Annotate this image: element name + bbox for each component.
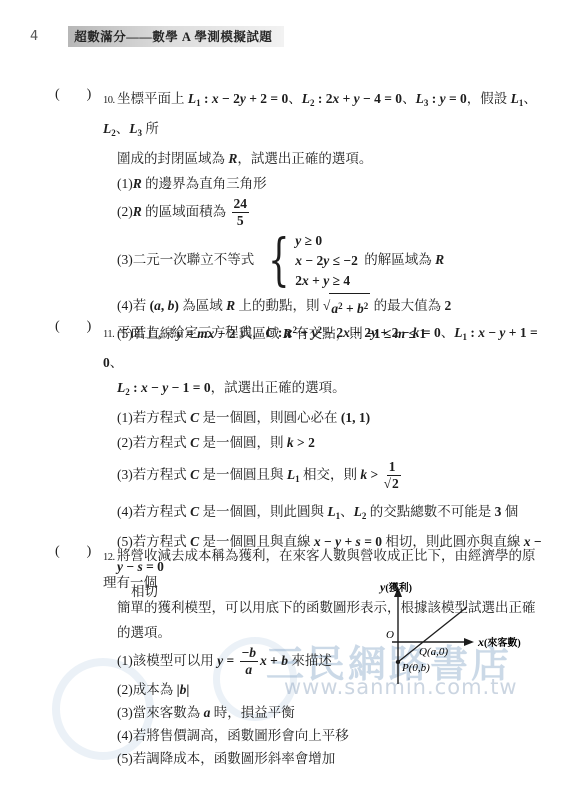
question-12-option-5: (5)若調降成本，函數圖形斜率會增加	[103, 747, 542, 770]
question-number: 12.	[103, 545, 117, 570]
x-axis-label: x(來客數)	[477, 635, 521, 649]
question-11-option-3: (3)若方程式 C 是一個圓且與 L1 相交，則 k > 1√2	[103, 455, 542, 499]
question-number: 11.	[103, 322, 117, 347]
question-11-option-1: (1)若方程式 C 是一個圓，則圓心必在 (1, 1)	[103, 405, 542, 430]
question-11-option-2: (2)若方程式 C 是一個圓，則 k > 2	[103, 430, 542, 455]
question-10-option-3: (3)二元一次聯立不等式 {y ≥ 0x − 2y ≤ −22x + y ≥ 4…	[103, 229, 542, 293]
origin-label: O	[386, 629, 394, 641]
x-axis-arrow	[464, 638, 474, 646]
question-11-stem-line-2: L2 : x − y − 1 = 0，試選出正確的選項。	[103, 375, 542, 405]
question-10-option-1: (1)R 的邊界為直角三角形	[103, 171, 542, 196]
answer-blank: ()	[55, 544, 91, 560]
y-axis-label: y(獲利)	[378, 580, 412, 594]
question-10: () 10.坐標平面上 L1 : x − 2y + 2 = 0、L2 : 2x …	[0, 86, 566, 346]
point-q-label: Q(a,0)	[419, 646, 448, 658]
question-10-stem-line-1: 10.坐標平面上 L1 : x − 2y + 2 = 0、L2 : 2x + y…	[103, 86, 542, 146]
answer-blank: ()	[55, 87, 91, 103]
page-header: 4 超數滿分——數學 A 學測模擬試題	[30, 26, 284, 47]
question-10-option-2: (2)R 的區域面積為 245	[103, 196, 542, 229]
question-11-stem-line-1: 11.平面上，給定三方程式，C : x2 + y2 − 2x − 2y + 2 …	[103, 318, 542, 375]
point-p-label: P(0,b)	[401, 662, 430, 674]
exam-page: { "header": { "page_number": "4", "title…	[0, 0, 566, 800]
question-number: 10.	[103, 88, 117, 113]
answer-blank: ()	[55, 319, 91, 335]
profit-model-graph: y(獲利) x(來客數) O Q(a,0) P(0,b)	[336, 579, 551, 708]
question-12-option-4: (4)若將售價調高，函數圖形會向上平移	[103, 724, 542, 747]
page-number: 4	[30, 29, 38, 44]
point-p-dot	[396, 660, 400, 664]
book-title: 超數滿分——數學 A 學測模擬試題	[68, 26, 284, 47]
question-11-option-4: (4)若方程式 C 是一個圓，則此圓與 L1、L2 的交點總數不可能是 3 個	[103, 499, 542, 529]
question-10-stem-line-2: 圍成的封閉區域為 R，試選出正確的選項。	[103, 146, 542, 171]
